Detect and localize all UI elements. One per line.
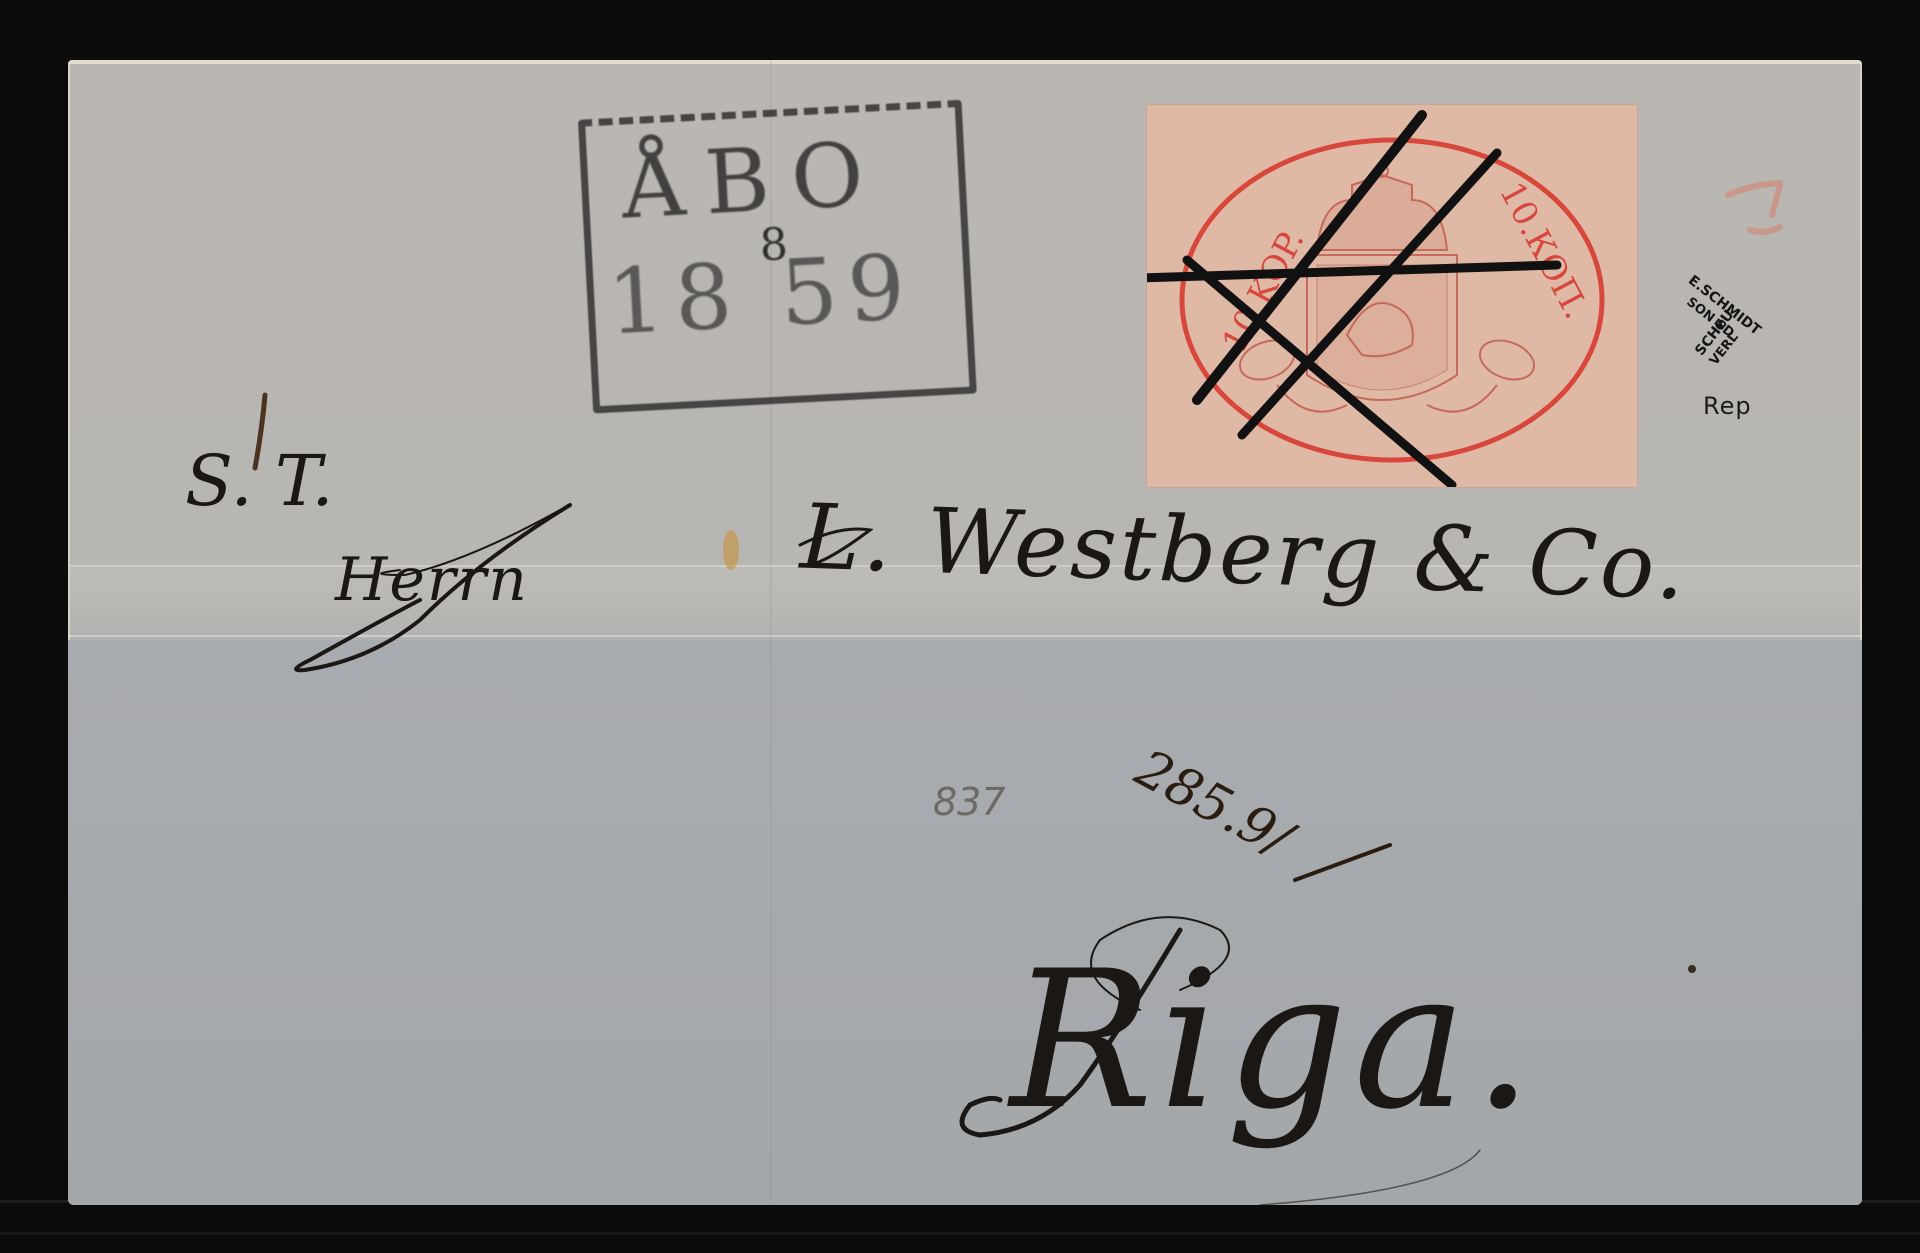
address-city: Riga. [1010, 930, 1539, 1151]
pencil-notation: 837 [933, 780, 1006, 824]
svg-text:10.КОП.: 10.КОП. [1491, 175, 1596, 325]
faint-red-marking [1720, 175, 1800, 245]
foxing-stain [723, 530, 739, 570]
address-salutation: S. T. [185, 440, 334, 522]
postmark-date: 18 59 [605, 235, 918, 356]
fold-line [68, 635, 1862, 637]
address-title: Herrn [335, 545, 529, 615]
mount-strip-line [0, 1232, 1920, 1235]
lower-fold-panel [68, 640, 1862, 1205]
expert-cross-icon: E.SCHMIDT SON SD SCHEU VERL [1668, 262, 1788, 382]
postage-stamp: 10.KOP. 10.КОП. [1147, 105, 1637, 487]
abo-boxed-postmark: ÅBO 8 18 59 [578, 101, 962, 400]
paper-edge [68, 60, 1862, 64]
coat-of-arms-design-icon: 10.KOP. 10.КОП. [1147, 105, 1637, 487]
postmark-town: ÅBO [619, 122, 886, 239]
ink-dot [1688, 965, 1696, 973]
expert-rep-label: Rep [1703, 392, 1752, 420]
expertizing-mark: E.SCHMIDT SON SD SCHEU VERL Rep [1668, 262, 1788, 432]
